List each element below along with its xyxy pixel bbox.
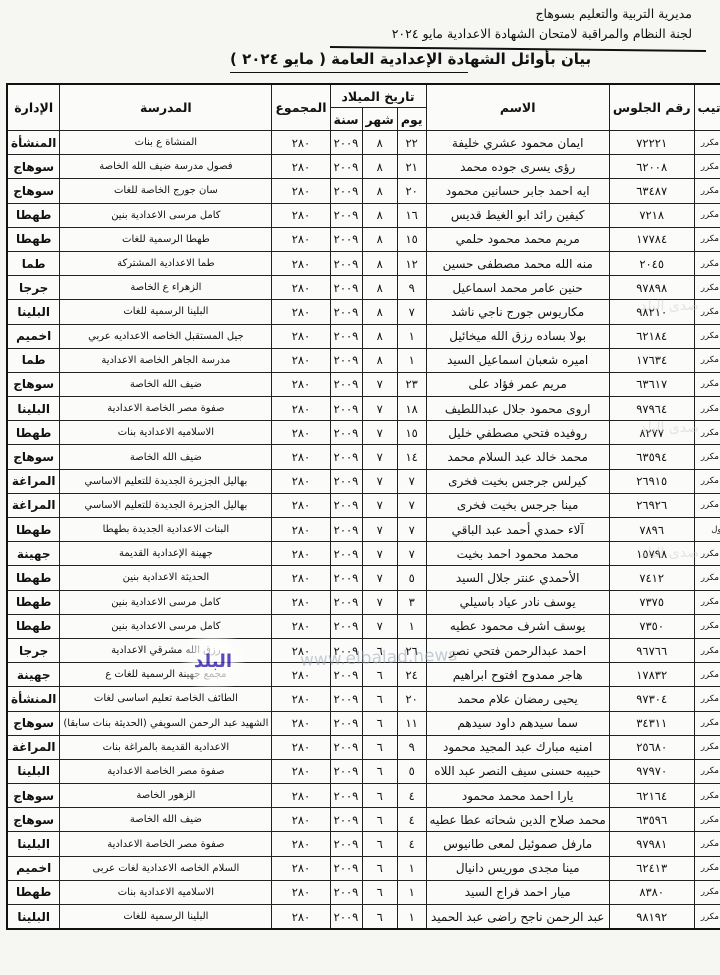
administration-cell: سوهاج	[7, 445, 60, 469]
student-name-cell: يوسف اشرف محمود عطيه	[426, 614, 609, 638]
birth-day-cell: ١	[397, 880, 426, 904]
committee-name: لجنة النظام والمراقبة لامتحان الشهادة ال…	[392, 24, 692, 44]
watermark-text: صدى البلد	[640, 545, 699, 561]
rank-cell: الأول مكرر	[694, 808, 720, 832]
birth-day-cell: ١٨	[397, 397, 426, 421]
student-name-cell: مارفل صموئيل لمعى طانيوس	[426, 832, 609, 856]
school-cell: ضيف الله الخاصة	[60, 372, 272, 396]
administration-cell: سوهاج	[7, 808, 60, 832]
seat-number-cell: ٢٥٦٨٠	[609, 735, 694, 759]
school-cell: الاسلاميه الاعدادية بنات	[60, 880, 272, 904]
seat-number-cell: ٩٧٣٠٤	[609, 687, 694, 711]
birth-month-cell: ٨	[362, 348, 397, 372]
directorate-name: مديرية التربية والتعليم بسوهاج	[392, 4, 692, 24]
administration-cell: طما	[7, 251, 60, 275]
administration-cell: سوهاج	[7, 784, 60, 808]
student-name-cell: منه الله محمد مصطفى حسين	[426, 251, 609, 275]
birth-year-cell: ٢٠٠٩	[330, 276, 362, 300]
total-score-cell: ٢٨٠	[272, 421, 330, 445]
school-cell: البلينا الرسمية للغات	[60, 905, 272, 930]
total-score-cell: ٢٨٠	[272, 155, 330, 179]
table-row: ٣٥الأول مكرر٩٨١٩٢عبد الرحمن ناجح راضى عب…	[7, 905, 720, 930]
birth-month-cell: ٧	[362, 469, 397, 493]
school-cell: الشهيد عبد الرحمن السويفي (الحديثة بنات …	[60, 711, 272, 735]
birth-year-cell: ٢٠٠٩	[330, 324, 362, 348]
birth-year-cell: ٢٠٠٩	[330, 421, 362, 445]
administration-cell: طهطا	[7, 518, 60, 542]
document-header: مديرية التربية والتعليم بسوهاج لجنة النظ…	[392, 4, 692, 44]
birth-day-cell: ٥	[397, 759, 426, 783]
student-name-cell: مريم عمر فؤاد على	[426, 372, 609, 396]
birth-day-cell: ٢٢	[397, 131, 426, 155]
school-cell: السلام الخاصه الاعدادية لغات عربى	[60, 856, 272, 880]
table-row: ٢٣الأول مكرر٦٢١٨٤بولا بساده رزق الله ميخ…	[7, 324, 720, 348]
birth-month-cell: ٨	[362, 276, 397, 300]
birth-day-cell: ٤	[397, 808, 426, 832]
administration-cell: سوهاج	[7, 372, 60, 396]
birth-year-cell: ٢٠٠٩	[330, 227, 362, 251]
birth-day-cell: ٧	[397, 469, 426, 493]
birth-year-cell: ٢٠٠٩	[330, 832, 362, 856]
table-row: ٧٨الأول مكرر٦٣٥٩٦محمد صلاح الدين شحاته ع…	[7, 808, 720, 832]
birth-year-cell: ٢٠٠٩	[330, 372, 362, 396]
birth-year-cell: ٢٠٠٩	[330, 155, 362, 179]
watermark-text: صدى البلد	[640, 298, 699, 314]
school-cell: مدرسة الجاهر الخاصة الاعدادية	[60, 348, 272, 372]
total-score-cell: ٢٨٠	[272, 251, 330, 275]
table-row: ٧١الأول مكرر٢٦٩٢٦مينا جرجس بخيت فخرى٧٧٢٠…	[7, 493, 720, 517]
total-score-cell: ٢٨٠	[272, 300, 330, 324]
rank-cell: الأول مكرر	[694, 832, 720, 856]
table-row: ٣٢الأول مكرر٢٥٦٨٠امنيه مبارك عبد المجيد …	[7, 735, 720, 759]
birth-year-cell: ٢٠٠٩	[330, 687, 362, 711]
birth-month-cell: ٧	[362, 493, 397, 517]
seat-number-cell: ٦٣٥٩٦	[609, 808, 694, 832]
student-name-cell: عبد الرحمن ناجح راضى عبد الحميد	[426, 905, 609, 930]
rank-cell: الأول مكرر	[694, 711, 720, 735]
administration-cell: اخميم	[7, 324, 60, 348]
administration-cell: طهطا	[7, 421, 60, 445]
seat-number-cell: ٧٣٧٥	[609, 590, 694, 614]
school-cell: الزهراء ع الخاصة	[60, 276, 272, 300]
rank-cell: الأول مكرر	[694, 614, 720, 638]
col-header-birth-date: تاريخ الميلاد	[330, 84, 426, 108]
birth-month-cell: ٦	[362, 832, 397, 856]
school-cell: ضيف الله الخاصة	[60, 445, 272, 469]
seat-number-cell: ٦٢١٨٤	[609, 324, 694, 348]
total-score-cell: ٢٨٠	[272, 445, 330, 469]
table-row: ٢٢الأول مكرر٩٨٢١٠مكاريوس جورج ناجي ناشد٧…	[7, 300, 720, 324]
birth-year-cell: ٢٠٠٩	[330, 445, 362, 469]
school-cell: فصول مدرسة ضيف الله الخاصة	[60, 155, 272, 179]
school-cell: البنات الاعدادية الجديدة بطهطا	[60, 518, 272, 542]
seat-number-cell: ٢٠٤٥	[609, 251, 694, 275]
col-header-administration: الإدارة	[7, 84, 60, 131]
birth-day-cell: ١	[397, 348, 426, 372]
rank-cell: الأول مكرر	[694, 759, 720, 783]
rank-cell: الأول مكرر	[694, 397, 720, 421]
seat-number-cell: ٩٧٩٨١	[609, 832, 694, 856]
school-cell: ضيف الله الخاصة	[60, 808, 272, 832]
birth-year-cell: ٢٠٠٩	[330, 759, 362, 783]
rank-cell: الأول مكرر	[694, 227, 720, 251]
birth-month-cell: ٨	[362, 324, 397, 348]
rank-cell: الأول مكرر	[694, 348, 720, 372]
birth-day-cell: ١١	[397, 711, 426, 735]
birth-day-cell: ٤	[397, 784, 426, 808]
rank-cell: الأول مكرر	[694, 179, 720, 203]
school-cell: كامل مرسى الاعدادية بنين	[60, 590, 272, 614]
administration-cell: البلينا	[7, 832, 60, 856]
rank-cell: الأول مكرر	[694, 324, 720, 348]
birth-day-cell: ٢٣	[397, 372, 426, 396]
total-score-cell: ٢٨٠	[272, 614, 330, 638]
table-row: ٣٣الأول مكرر٦٢١٦٤يارا احمد محمد محمود٤٦٢…	[7, 784, 720, 808]
birth-year-cell: ٢٠٠٩	[330, 542, 362, 566]
birth-year-cell: ٢٠٠٩	[330, 518, 362, 542]
total-score-cell: ٢٨٠	[272, 832, 330, 856]
total-score-cell: ٢٨٠	[272, 324, 330, 348]
birth-year-cell: ٢٠٠٩	[330, 614, 362, 638]
birth-month-cell: ٦	[362, 856, 397, 880]
total-score-cell: ٢٨٠	[272, 711, 330, 735]
birth-day-cell: ٩	[397, 735, 426, 759]
total-score-cell: ٢٨٠	[272, 493, 330, 517]
student-name-cell: يارا احمد محمد محمود	[426, 784, 609, 808]
administration-cell: طهطا	[7, 614, 60, 638]
table-row: ٣٤الأول مكرر٩٧٩٨١مارفل صموئيل لمعى طانيو…	[7, 832, 720, 856]
table-row: ٢١الأول مكرر٧٢٢٢١ايمان محمود عشري خليفة٢…	[7, 131, 720, 155]
total-score-cell: ٢٨٠	[272, 179, 330, 203]
birth-day-cell: ٢٠	[397, 179, 426, 203]
birth-month-cell: ٨	[362, 300, 397, 324]
total-score-cell: ٢٨٠	[272, 905, 330, 930]
student-name-cell: رؤى يسرى جوده محمد	[426, 155, 609, 179]
total-score-cell: ٢٨٠	[272, 590, 330, 614]
school-cell: البلينا الرسمية للغات	[60, 300, 272, 324]
rank-cell: الأول مكرر	[694, 638, 720, 662]
school-cell: الاسلاميه الاعدادية بنات	[60, 421, 272, 445]
seat-number-cell: ٧٢٢٢١	[609, 131, 694, 155]
school-cell: طهطا الرسمية للغات	[60, 227, 272, 251]
student-name-cell: بولا بساده رزق الله ميخائيل	[426, 324, 609, 348]
rank-cell: الأول مكرر	[694, 251, 720, 275]
birth-day-cell: ٢٠	[397, 687, 426, 711]
student-name-cell: آلاء حمدي أحمد عبد الباقي	[426, 518, 609, 542]
administration-cell: جرجا	[7, 276, 60, 300]
total-score-cell: ٢٨٠	[272, 808, 330, 832]
top-students-table: م الترتيب رقم الجلوس الاسم تاريخ الميلاد…	[6, 83, 720, 930]
student-name-cell: يحيى رمضان علام محمد	[426, 687, 609, 711]
student-name-cell: مينا مجدى موريس دانيال	[426, 856, 609, 880]
student-name-cell: هاجر ممدوح افتوح ابراهيم	[426, 663, 609, 687]
total-score-cell: ٢٨٠	[272, 566, 330, 590]
logo-text: البلد	[194, 651, 232, 672]
total-score-cell: ٢٨٠	[272, 759, 330, 783]
birth-day-cell: ١٦	[397, 203, 426, 227]
table-row: ٦٩الأول مكرر٨٢٧٧روفيده فتحي مصطفي خليل١٥…	[7, 421, 720, 445]
birth-year-cell: ٢٠٠٩	[330, 735, 362, 759]
birth-month-cell: ٨	[362, 203, 397, 227]
student-name-cell: كيفين رائد ابو الغيط قديس	[426, 203, 609, 227]
table-row: ٦٣الأول مكرر٦٢٠٠٨رؤى يسرى جوده محمد٢١٨٢٠…	[7, 155, 720, 179]
table-row: ٦٥الأول مكرر٧٢١٨كيفين رائد ابو الغيط قدي…	[7, 203, 720, 227]
school-cell: الحديثة الاعدادية بنين	[60, 566, 272, 590]
school-cell: الاعدادية القديمة بالمراغة بنات	[60, 735, 272, 759]
birth-month-cell: ٧	[362, 397, 397, 421]
rank-cell: الأول مكرر	[694, 663, 720, 687]
rank-cell: الأول مكرر	[694, 445, 720, 469]
student-name-cell: مكاريوس جورج ناجي ناشد	[426, 300, 609, 324]
total-score-cell: ٢٨٠	[272, 542, 330, 566]
school-cell: كامل مرسى الاعدادية بنين	[60, 614, 272, 638]
birth-year-cell: ٢٠٠٩	[330, 711, 362, 735]
birth-day-cell: ٧	[397, 542, 426, 566]
total-score-cell: ٢٨٠	[272, 735, 330, 759]
total-score-cell: ٢٨٠	[272, 856, 330, 880]
birth-month-cell: ٧	[362, 566, 397, 590]
seat-number-cell: ٩٧٩٦٤	[609, 397, 694, 421]
birth-month-cell: ٧	[362, 614, 397, 638]
birth-year-cell: ٢٠٠٩	[330, 300, 362, 324]
birth-day-cell: ٧	[397, 493, 426, 517]
seat-number-cell: ٦٢١٦٤	[609, 784, 694, 808]
student-name-cell: اروى محمود جلال عبداللطيف	[426, 397, 609, 421]
total-score-cell: ٢٨٠	[272, 131, 330, 155]
school-cell: بهاليل الجزيرة الجديدة للتعليم الاساسي	[60, 469, 272, 493]
birth-month-cell: ٨	[362, 131, 397, 155]
total-score-cell: ٢٨٠	[272, 469, 330, 493]
table-row: ٢٩الأول مكرر١٥٧٩٨محمد محمود احمد بخيت٧٧٢…	[7, 542, 720, 566]
seat-number-cell: ٦٢٠٠٨	[609, 155, 694, 179]
birth-month-cell: ٦	[362, 759, 397, 783]
student-name-cell: ايمان محمود عشري خليفة	[426, 131, 609, 155]
birth-year-cell: ٢٠٠٩	[330, 397, 362, 421]
student-name-cell: كيرلس جرجس بخيت فخرى	[426, 469, 609, 493]
table-body: ٢١الأول مكرر٧٢٢٢١ايمان محمود عشري خليفة٢…	[7, 131, 720, 930]
student-name-cell: سما سيدهم داود سيدهم	[426, 711, 609, 735]
administration-cell: سوهاج	[7, 711, 60, 735]
birth-day-cell: ١	[397, 856, 426, 880]
birth-month-cell: ٧	[362, 518, 397, 542]
table-row: ٦٨الأول مكرر٩٧٨٩٨حنين عامر محمد اسماعيل٩…	[7, 276, 720, 300]
table-row: ٧٦الأول مكرر٣٤٣١١سما سيدهم داود سيدهم١١٦…	[7, 711, 720, 735]
seat-number-cell: ٩٦٧٦٦	[609, 638, 694, 662]
seat-number-cell: ٩٨١٩٢	[609, 905, 694, 930]
birth-day-cell: ١٢	[397, 251, 426, 275]
birth-month-cell: ٦	[362, 687, 397, 711]
rank-cell: الأول مكرر	[694, 856, 720, 880]
col-header-year: سنة	[330, 108, 362, 131]
administration-cell: طهطا	[7, 590, 60, 614]
administration-cell: البلينا	[7, 759, 60, 783]
total-score-cell: ٢٨٠	[272, 348, 330, 372]
school-cell: كامل مرسى الاعدادية بنين	[60, 203, 272, 227]
administration-cell: سوهاج	[7, 155, 60, 179]
rank-cell: الأول مكرر	[694, 372, 720, 396]
rank-cell: الأول مكرر	[694, 469, 720, 493]
administration-cell: البلينا	[7, 905, 60, 930]
birth-month-cell: ٦	[362, 905, 397, 930]
birth-year-cell: ٢٠٠٩	[330, 856, 362, 880]
birth-day-cell: ١	[397, 905, 426, 930]
table-row: ٦٧الأول مكرر٢٠٤٥منه الله محمد مصطفى حسين…	[7, 251, 720, 275]
seat-number-cell: ٧٨٩٦	[609, 518, 694, 542]
school-cell: بهاليل الجزيرة الجديدة للتعليم الاساسي	[60, 493, 272, 517]
seat-number-cell: ١٧٦٣٤	[609, 348, 694, 372]
seat-number-cell: ٩٧٩٧٠	[609, 759, 694, 783]
birth-year-cell: ٢٠٠٩	[330, 784, 362, 808]
birth-day-cell: ٥	[397, 566, 426, 590]
administration-cell: المراغة	[7, 493, 60, 517]
school-cell: صفوة مصر الخاصة الاعدادية	[60, 832, 272, 856]
administration-cell: المنشأة	[7, 131, 60, 155]
seat-number-cell: ٦٣٤٨٧	[609, 179, 694, 203]
seat-number-cell: ٦٣٥٩٤	[609, 445, 694, 469]
rank-cell: الأول مكرر	[694, 784, 720, 808]
administration-cell: طهطا	[7, 203, 60, 227]
student-name-cell: يوسف نادر عياد باسيلي	[426, 590, 609, 614]
birth-month-cell: ٨	[362, 251, 397, 275]
col-header-month: شهر	[362, 108, 397, 131]
birth-day-cell: ٧	[397, 300, 426, 324]
birth-day-cell: ٧	[397, 518, 426, 542]
total-score-cell: ٢٨٠	[272, 880, 330, 904]
table-row: ٢٤الأول مكرر١٧٦٣٤اميره شعبان اسماعيل الس…	[7, 348, 720, 372]
student-name-cell: الأحمدي عنتر جلال السيد	[426, 566, 609, 590]
birth-year-cell: ٢٠٠٩	[330, 880, 362, 904]
rank-cell: الأول	[694, 518, 720, 542]
administration-cell: جرجا	[7, 638, 60, 662]
rank-cell: الأول مكرر	[694, 687, 720, 711]
administration-cell: البلينا	[7, 300, 60, 324]
birth-month-cell: ٨	[362, 227, 397, 251]
table-row: ٣١الأول مكرر٩٧٣٠٤يحيى رمضان علام محمد٢٠٦…	[7, 687, 720, 711]
birth-year-cell: ٢٠٠٩	[330, 348, 362, 372]
total-score-cell: ٢٨٠	[272, 227, 330, 251]
rank-cell: الأول مكرر	[694, 880, 720, 904]
seat-number-cell: ٧٣٥٠	[609, 614, 694, 638]
col-header-seat-number: رقم الجلوس	[609, 84, 694, 131]
rank-cell: الأول مكرر	[694, 735, 720, 759]
table-row: ٧٧الأول مكرر٩٧٩٧٠حبيبه حسنى سيف النصر عب…	[7, 759, 720, 783]
elbalad-logo-watermark: البلد	[180, 628, 246, 694]
col-header-school: المدرسة	[60, 84, 272, 131]
administration-cell: المنشأة	[7, 687, 60, 711]
total-score-cell: ٢٨٠	[272, 372, 330, 396]
birth-month-cell: ٧	[362, 542, 397, 566]
rank-cell: الأول مكرر	[694, 131, 720, 155]
total-score-cell: ٢٨٠	[272, 784, 330, 808]
table-row: ٢٥الأول مكرر٦٣٦١٧مريم عمر فؤاد على٢٣٧٢٠٠…	[7, 372, 720, 396]
birth-day-cell: ١	[397, 324, 426, 348]
table-row: ٧٢الأول مكرر٧٣٧٥يوسف نادر عياد باسيلي٣٧٢…	[7, 590, 720, 614]
table-row: ٧٠الأول مكرر٦٣٥٩٤محمد خالد عبد السلام مح…	[7, 445, 720, 469]
student-name-cell: محمد خالد عبد السلام محمد	[426, 445, 609, 469]
birth-month-cell: ٨	[362, 155, 397, 179]
birth-month-cell: ٦	[362, 880, 397, 904]
administration-cell: جهينة	[7, 663, 60, 687]
school-cell: سان جورج الخاصة للغات	[60, 179, 272, 203]
table-row: ٨٠الأول مكرر٨٣٨٠ميار احمد فراج السيد١٦٢٠…	[7, 880, 720, 904]
school-cell: صفوة مصر الخاصة الاعدادية	[60, 759, 272, 783]
table-row: ٦٤الأول مكرر٦٣٤٨٧ايه احمد جابر حسانين مح…	[7, 179, 720, 203]
student-name-cell: ميار احمد فراج السيد	[426, 880, 609, 904]
rank-cell: الأول مكرر	[694, 155, 720, 179]
administration-cell: طهطا	[7, 566, 60, 590]
seat-number-cell: ١٧٨٣٢	[609, 663, 694, 687]
total-score-cell: ٢٨٠	[272, 203, 330, 227]
seat-number-cell: ٧٢١٨	[609, 203, 694, 227]
table-row: ٧٩الأول مكرر٦٢٤١٣مينا مجدى موريس دانيال١…	[7, 856, 720, 880]
seat-number-cell: ٦٣٦١٧	[609, 372, 694, 396]
document-title: بيان بأوائل الشهادة الإعدادية العامة ( م…	[230, 50, 591, 68]
birth-year-cell: ٢٠٠٩	[330, 566, 362, 590]
rank-cell: الأول مكرر	[694, 276, 720, 300]
student-name-cell: مريم محمد محمود حلمي	[426, 227, 609, 251]
birth-month-cell: ٦	[362, 711, 397, 735]
birth-day-cell: ١٥	[397, 227, 426, 251]
birth-year-cell: ٢٠٠٩	[330, 203, 362, 227]
birth-month-cell: ٨	[362, 179, 397, 203]
birth-year-cell: ٢٠٠٩	[330, 493, 362, 517]
student-name-cell: روفيده فتحي مصطفي خليل	[426, 421, 609, 445]
school-cell: طما الاعدادية المشتركة	[60, 251, 272, 275]
seat-number-cell: ٢٦٩٢٦	[609, 493, 694, 517]
birth-year-cell: ٢٠٠٩	[330, 590, 362, 614]
birth-year-cell: ٢٠٠٩	[330, 179, 362, 203]
col-header-day: يوم	[397, 108, 426, 131]
total-score-cell: ٢٨٠	[272, 276, 330, 300]
table-row: ٢٨الأول٧٨٩٦آلاء حمدي أحمد عبد الباقي٧٧٢٠…	[7, 518, 720, 542]
birth-year-cell: ٢٠٠٩	[330, 469, 362, 493]
rank-cell: الأول مكرر	[694, 566, 720, 590]
student-name-cell: مينا جرجس بخيت فخرى	[426, 493, 609, 517]
birth-month-cell: ٧	[362, 372, 397, 396]
birth-month-cell: ٦	[362, 735, 397, 759]
student-name-cell: اميره شعبان اسماعيل السيد	[426, 348, 609, 372]
school-cell: الزهور الخاصة	[60, 784, 272, 808]
school-cell: جهينة الإعدادية القديمة	[60, 542, 272, 566]
col-header-name: الاسم	[426, 84, 609, 131]
administration-cell: المراغة	[7, 469, 60, 493]
birth-day-cell: ١	[397, 614, 426, 638]
student-name-cell: ايه احمد جابر حسانين محمود	[426, 179, 609, 203]
student-name-cell: محمد صلاح الدين شحاته عطا عطيه	[426, 808, 609, 832]
school-cell: صفوة مصر الخاصة الاعدادية	[60, 397, 272, 421]
administration-cell: اخميم	[7, 856, 60, 880]
student-name-cell: حنين عامر محمد اسماعيل	[426, 276, 609, 300]
seat-number-cell: ١٧٧٨٤	[609, 227, 694, 251]
seat-number-cell: ٦٢٤١٣	[609, 856, 694, 880]
birth-month-cell: ٦	[362, 808, 397, 832]
rank-cell: الأول مكرر	[694, 493, 720, 517]
birth-day-cell: ٩	[397, 276, 426, 300]
school-cell: الطائف الخاصة تعليم اساسى لغات	[60, 687, 272, 711]
seat-number-cell: ٧٤١٢	[609, 566, 694, 590]
birth-day-cell: ١٤	[397, 445, 426, 469]
birth-day-cell: ٢١	[397, 155, 426, 179]
student-name-cell: محمد محمود احمد بخيت	[426, 542, 609, 566]
birth-year-cell: ٢٠٠٩	[330, 131, 362, 155]
administration-cell: المراغة	[7, 735, 60, 759]
birth-year-cell: ٢٠٠٩	[330, 251, 362, 275]
rank-cell: الأول مكرر	[694, 203, 720, 227]
administration-cell: طما	[7, 348, 60, 372]
total-score-cell: ٢٨٠	[272, 687, 330, 711]
administration-cell: طهطا	[7, 227, 60, 251]
rank-cell: الأول مكرر	[694, 590, 720, 614]
